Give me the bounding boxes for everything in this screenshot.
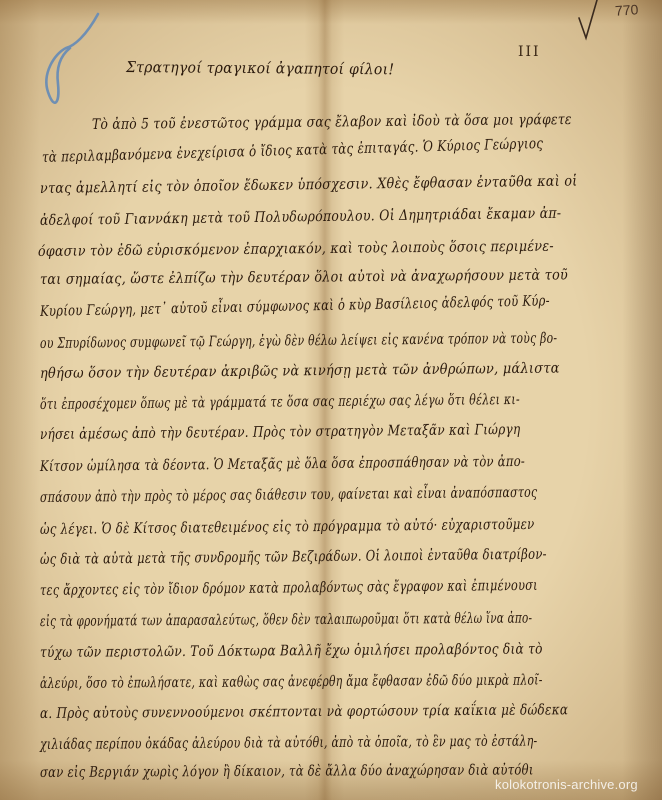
blue-pencil-flourish-icon [36,8,106,118]
manuscript-line: Τὸ ἀπὸ 5 τοῦ ἐνεστῶτος γράμμα σας ἔλαβον… [92,112,572,133]
manuscript-page: 770 III Στρατηγοί τραγικοί ἀγαπητοί φίλο… [0,0,662,800]
folio-number: 770 [614,1,638,19]
manuscript-line: ου Σπυρίδωνος συμφωνεῖ τῷ Γεώργη, ἐγὼ δὲ… [40,331,557,352]
manuscript-line: εἰς τὰ φρονήματά των ἀπαρασαλεύτως, ὅθεν… [40,611,532,630]
manuscript-line: νήσει ἀμέσως ἀπὸ τὴν δευτέραν. Πρὸς τὸν … [40,422,521,443]
manuscript-line: ὡς διὰ τὰ αὐτὰ μετὰ τῆς συνδρομῆς τῶν Βε… [40,547,547,568]
manuscript-line: σπάσουν ἀπὸ τὴν πρὸς τὸ μέρος σας διάθεσ… [40,485,538,506]
manuscript-line: ὡς λέγει. Ὁ δὲ Κίτσος διατεθειμένος εἰς … [40,517,535,538]
manuscript-line: Κυρίου Γεώργη, μετ᾽ αὐτοῦ εἶναι σύμφωνος… [40,293,550,320]
manuscript-line: ηθήσω ὅσον τὴν δευτέραν ἀκριβῶς νὰ κινήσ… [40,361,560,382]
manuscript-line: τὰ περιλαμβανόμενα ἐνεχείρισα ὁ ἴδιος κα… [42,136,544,166]
manuscript-line: ται σημαίας, ὥστε ἐλπίζω τὴν δευτέραν ὅλ… [40,267,568,288]
manuscript-line: ἀδελφοί τοῦ Γιαννάκη μετὰ τοῦ Πολυδωρόπο… [40,206,561,229]
manuscript-line: τες ἄρχοντες εἰς τὸν ἴδιον δρόμον κατὰ π… [40,578,538,599]
check-mark-icon [577,0,601,42]
manuscript-line: όφασιν τὸν ἐδῶ εὑρισκόμενον ἐπαρχιακόν, … [38,239,554,260]
roman-numeral-mark: III [518,44,541,60]
manuscript-line: ἀλεύρι, ὅσο τὸ ἐπωλήσατε, καὶ καθὼς σας … [40,672,543,692]
manuscript-line: α. Πρὸς αὐτοὺς συνεννοούμενοι σκέπτονται… [40,702,568,722]
manuscript-line: ντας ἀμελλητί εἰς τὸν ὁποῖον ἔδωκεν ὑπόσ… [40,173,578,197]
title-line: Στρατηγοί τραγικοί ἀγαπητοί φίλοι! [126,58,394,78]
manuscript-line: χιλιάδας περίπου ὀκάδας ἀλεύρου διὰ τὰ α… [40,734,538,753]
manuscript-line: σαν εἰς Βεργιάν χωρὶς λόγον ἢ δίκαιον, τ… [40,762,534,781]
manuscript-line: ὅτι ἐπροσέχομεν ὅπως μὲ τὰ γράμματά τε ὅ… [40,392,520,413]
archive-watermark: kolokotronis-archive.org [495,777,638,792]
manuscript-line: Κίτσον ὡμίλησα τὰ δέοντα. Ὁ Μεταξᾶς μὲ ὅ… [40,454,525,475]
manuscript-line: τύχω τῶν περιστολῶν. Τοῦ Δόκτωρα Βαλλῆ ἔ… [40,641,543,661]
